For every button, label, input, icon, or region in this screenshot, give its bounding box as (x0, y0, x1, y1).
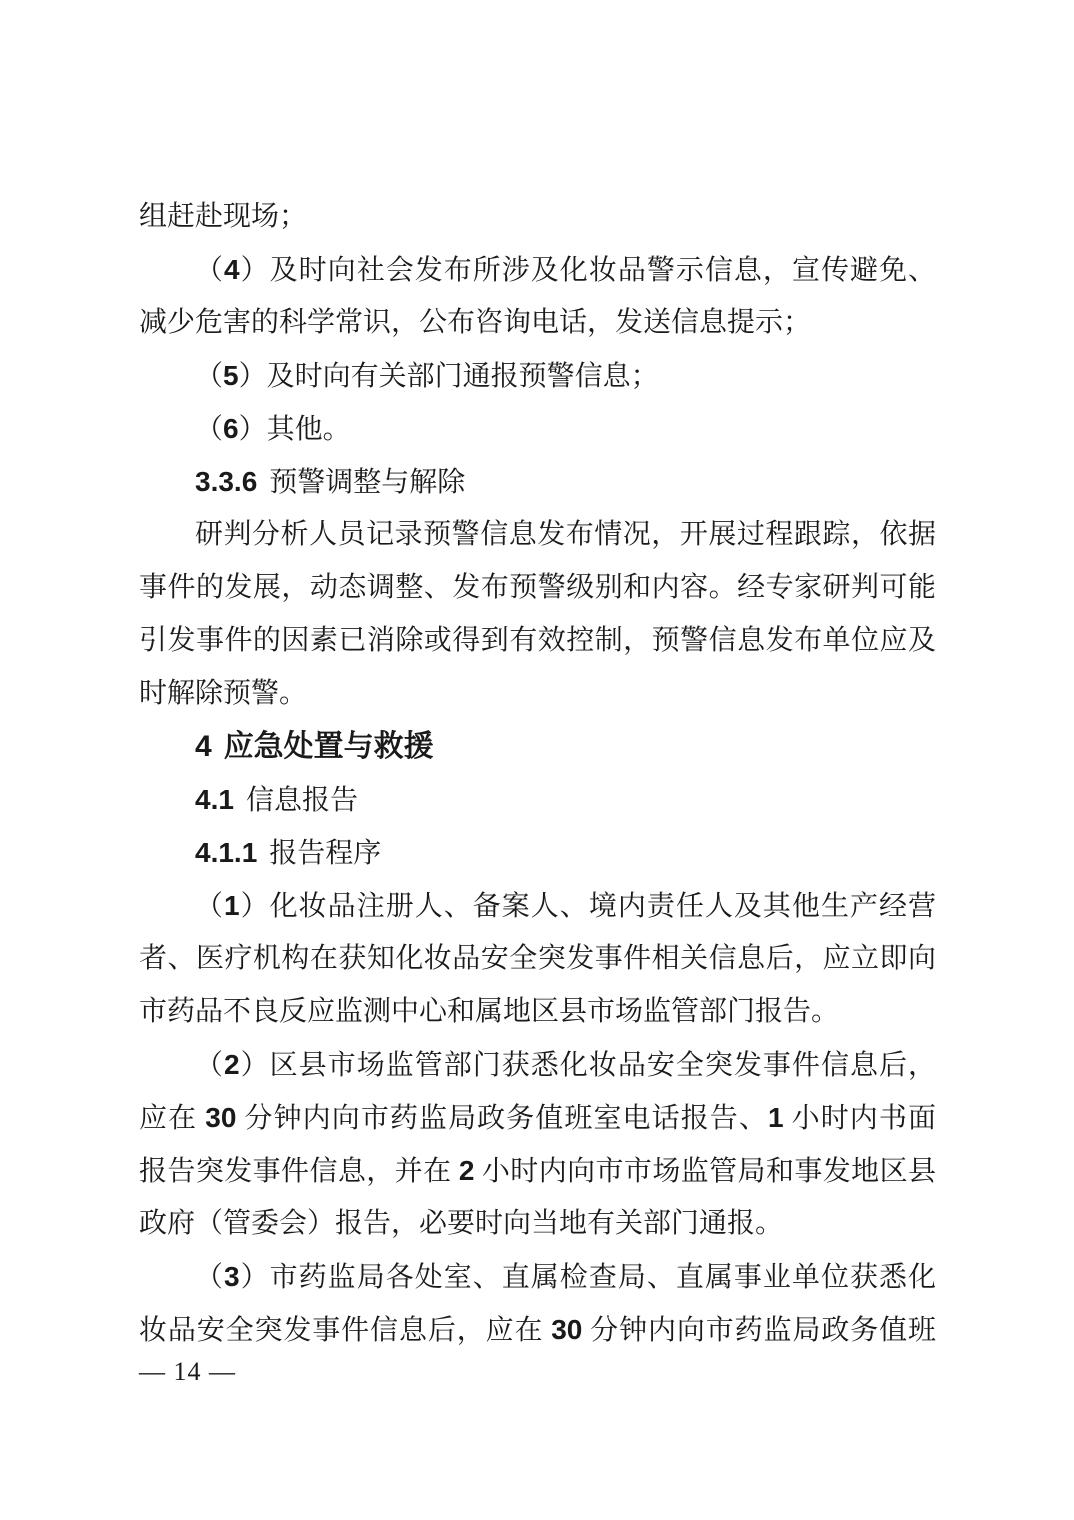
line-text: 报告程序 (269, 838, 381, 869)
text-line: 妆品安全突发事件信息后，应在 30 分钟内向市药监局政务值班 (139, 1303, 936, 1356)
heading-number: 4.1 (195, 784, 234, 815)
line-text: （5）及时向有关部门通报预警信息； (195, 361, 659, 392)
text-line: 3.3.6预警调整与解除 (139, 455, 936, 508)
line-text: （4）及时向社会发布所涉及化妆品警示信息，宣传避免、 (195, 255, 936, 286)
line-text: 组赶赴现场； (139, 201, 307, 232)
line-text: 减少危害的科学常识，公布咨询电话，发送信息提示； (139, 307, 811, 338)
line-text: 妆品安全突发事件信息后，应在 30 分钟内向市药监局政务值班 (139, 1315, 936, 1346)
text-line: 4.1信息报告 (139, 773, 936, 826)
text-line: 事件的发展，动态调整、发布预警级别和内容。经专家研判可能 (139, 561, 936, 614)
line-text: 研判分析人员记录预警信息发布情况，开展过程跟踪，依据 (195, 519, 936, 550)
text-line: 应在 30 分钟内向市药监局政务值班室电话报告、1 小时内书面 (139, 1091, 936, 1144)
line-text: 预警调整与解除 (269, 467, 465, 498)
text-line: 减少危害的科学常识，公布咨询电话，发送信息提示； (139, 296, 936, 349)
line-text: 者、医疗机构在获知化妆品安全突发事件相关信息后，应立即向 (139, 943, 936, 974)
text-line: （5）及时向有关部门通报预警信息； (139, 349, 936, 402)
text-line: 时解除预警。 (139, 667, 936, 720)
line-text: （6）其他。 (195, 414, 351, 445)
line-text: 市药品不良反应监测中心和属地区县市场监管部门报告。 (139, 996, 839, 1027)
line-text: 事件的发展，动态调整、发布预警级别和内容。经专家研判可能 (139, 572, 936, 603)
text-line: 市药品不良反应监测中心和属地区县市场监管部门报告。 (139, 985, 936, 1038)
text-line: 报告突发事件信息，并在 2 小时内向市市场监管局和事发地区县 (139, 1144, 936, 1197)
text-line: 者、医疗机构在获知化妆品安全突发事件相关信息后，应立即向 (139, 932, 936, 985)
line-text: 引发事件的因素已消除或得到有效控制，预警信息发布单位应及 (139, 625, 936, 656)
text-line: 引发事件的因素已消除或得到有效控制，预警信息发布单位应及 (139, 614, 936, 667)
heading-number: 4 (195, 730, 212, 763)
line-text: 信息报告 (246, 785, 358, 816)
text-line: 组赶赴现场； (139, 190, 936, 243)
line-text: 报告突发事件信息，并在 2 小时内向市市场监管局和事发地区县 (139, 1156, 936, 1187)
text-line: （2）区县市场监管部门获悉化妆品安全突发事件信息后， (139, 1038, 936, 1091)
heading-number: 3.3.6 (195, 466, 257, 497)
line-text: 应急处置与救援 (224, 730, 434, 763)
text-line: （1）化妆品注册人、备案人、境内责任人及其他生产经营 (139, 879, 936, 932)
text-line: 4.1.1报告程序 (139, 826, 936, 879)
line-text: 应在 30 分钟内向市药监局政务值班室电话报告、1 小时内书面 (139, 1103, 936, 1134)
document-content: 组赶赴现场； （4）及时向社会发布所涉及化妆品警示信息，宣传避免、 减少危害的科… (139, 190, 936, 1356)
text-line: （6）其他。 (139, 402, 936, 455)
document-page: 组赶赴现场； （4）及时向社会发布所涉及化妆品警示信息，宣传避免、 减少危害的科… (0, 0, 1074, 1520)
page-number: — 14 — (139, 1352, 236, 1392)
line-text: （1）化妆品注册人、备案人、境内责任人及其他生产经营 (195, 891, 936, 922)
text-line: 研判分析人员记录预警信息发布情况，开展过程跟踪，依据 (139, 508, 936, 561)
document-lines: 组赶赴现场； （4）及时向社会发布所涉及化妆品警示信息，宣传避免、 减少危害的科… (139, 190, 936, 1356)
text-line: （4）及时向社会发布所涉及化妆品警示信息，宣传避免、 (139, 243, 936, 296)
text-line: （3）市药监局各处室、直属检查局、直属事业单位获悉化 (139, 1250, 936, 1303)
line-text: （2）区县市场监管部门获悉化妆品安全突发事件信息后， (195, 1050, 936, 1081)
line-text: 时解除预警。 (139, 678, 307, 709)
text-line: 政府（管委会）报告，必要时向当地有关部门通报。 (139, 1197, 936, 1250)
heading-number: 4.1.1 (195, 837, 257, 868)
line-text: 政府（管委会）报告，必要时向当地有关部门通报。 (139, 1208, 783, 1239)
line-text: （3）市药监局各处室、直属检查局、直属事业单位获悉化 (195, 1262, 936, 1293)
text-line: 4应急处置与救援 (139, 720, 936, 773)
